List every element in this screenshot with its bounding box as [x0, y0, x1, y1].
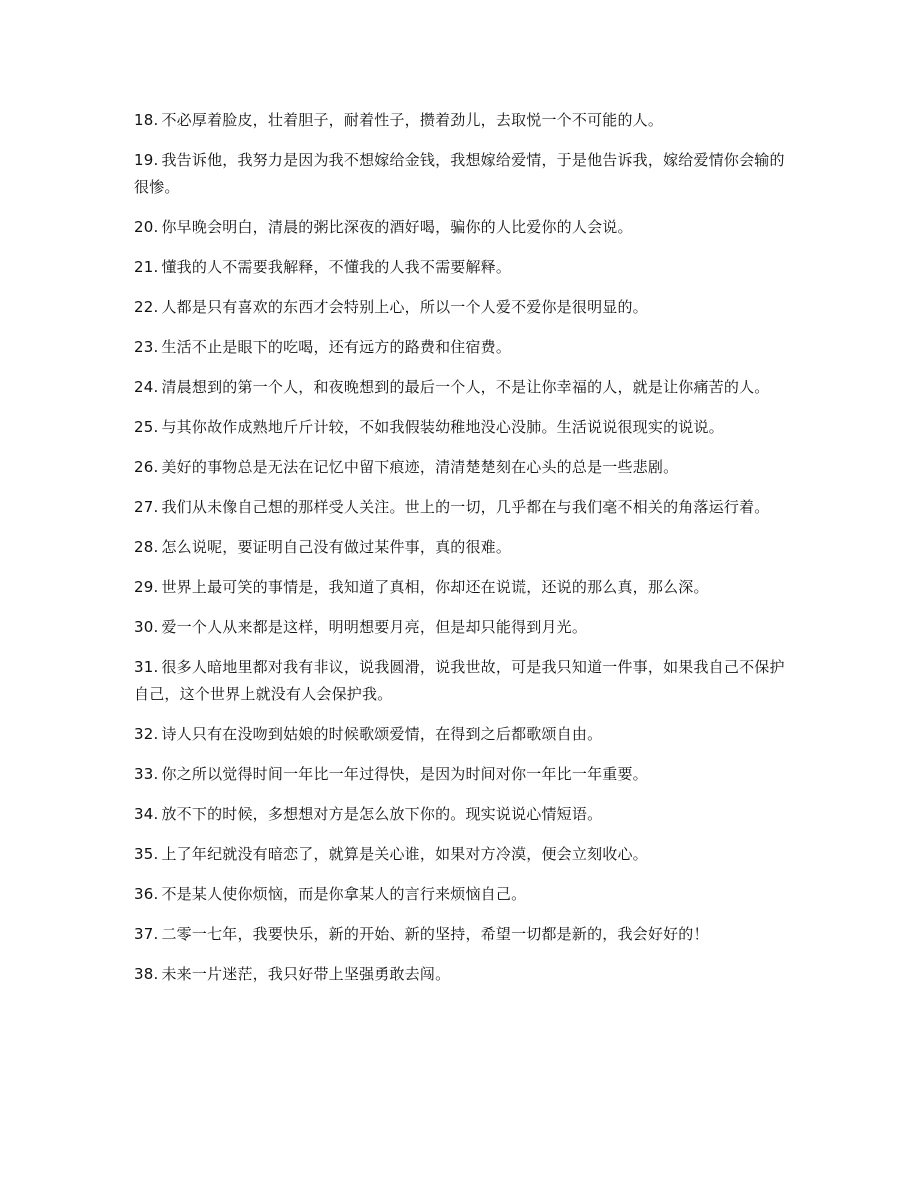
item-number: 22. — [134, 298, 158, 316]
item-number: 38. — [134, 965, 158, 983]
item-text: 生活不止是眼下的吃喝，还有远方的路费和住宿费。 — [161, 338, 511, 356]
item-text: 诗人只有在没吻到姑娘的时候歌颂爱情，在得到之后都歌颂自由。 — [161, 725, 602, 743]
item-number: 35. — [134, 845, 158, 863]
item-text: 很多人暗地里都对我有非议，说我圆滑，说我世故，可是我只知道一件事，如果我自己不保… — [134, 658, 785, 703]
item-number: 23. — [134, 338, 158, 356]
item-text: 放不下的时候，多想想对方是怎么放下你的。现实说说心情短语。 — [161, 805, 602, 823]
quote-paragraph-33: 33.你之所以觉得时间一年比一年过得快，是因为时间对你一年比一年重要。 — [134, 761, 789, 788]
item-number: 19. — [134, 151, 158, 169]
item-number: 20. — [134, 218, 158, 236]
quote-paragraph-34: 34.放不下的时候，多想想对方是怎么放下你的。现实说说心情短语。 — [134, 801, 789, 828]
quote-paragraph-37: 37.二零一七年，我要快乐，新的开始、新的坚持，希望一切都是新的，我会好好的！ — [134, 921, 789, 948]
item-text: 你早晚会明白，清晨的粥比深夜的酒好喝，骗你的人比爱你的人会说。 — [161, 218, 632, 236]
item-text: 二零一七年，我要快乐，新的开始、新的坚持，希望一切都是新的，我会好好的！ — [161, 925, 708, 943]
document-body: 18.不必厚着脸皮，壮着胆子，耐着性子，攒着劲儿，去取悦一个不可能的人。 19.… — [134, 107, 789, 1001]
quote-paragraph-30: 30.爱一个人从来都是这样，明明想要月亮，但是却只能得到月光。 — [134, 614, 789, 641]
item-text: 不必厚着脸皮，壮着胆子，耐着性子，攒着劲儿，去取悦一个不可能的人。 — [161, 111, 663, 129]
quote-paragraph-35: 35.上了年纪就没有暗恋了，就算是关心谁，如果对方冷漠，便会立刻收心。 — [134, 841, 789, 868]
quote-paragraph-27: 27.我们从未像自己想的那样受人关注。世上的一切，几乎都在与我们毫不相关的角落运… — [134, 494, 789, 521]
item-number: 33. — [134, 765, 158, 783]
quote-paragraph-32: 32.诗人只有在没吻到姑娘的时候歌颂爱情，在得到之后都歌颂自由。 — [134, 721, 789, 748]
item-text: 怎么说呢，要证明自己没有做过某件事，真的很难。 — [161, 538, 511, 556]
item-text: 美好的事物总是无法在记忆中留下痕迹，清清楚楚刻在心头的总是一些悲剧。 — [161, 458, 678, 476]
item-text: 未来一片迷茫，我只好带上坚强勇敢去闯。 — [161, 965, 450, 983]
item-number: 18. — [134, 111, 158, 129]
quote-paragraph-36: 36.不是某人使你烦恼，而是你拿某人的言行来烦恼自己。 — [134, 881, 789, 908]
item-number: 25. — [134, 418, 158, 436]
item-text: 懂我的人不需要我解释，不懂我的人我不需要解释。 — [161, 258, 511, 276]
item-text: 与其你故作成熟地斤斤计较，不如我假装幼稚地没心没肺。生活说说很现实的说说。 — [161, 418, 723, 436]
quote-paragraph-18: 18.不必厚着脸皮，壮着胆子，耐着性子，攒着劲儿，去取悦一个不可能的人。 — [134, 107, 789, 134]
item-text: 爱一个人从来都是这样，明明想要月亮，但是却只能得到月光。 — [161, 618, 587, 636]
item-number: 29. — [134, 578, 158, 596]
quote-paragraph-31: 31.很多人暗地里都对我有非议，说我圆滑，说我世故，可是我只知道一件事，如果我自… — [134, 654, 789, 708]
quote-paragraph-24: 24.清晨想到的第一个人，和夜晚想到的最后一个人，不是让你幸福的人，就是让你痛苦… — [134, 374, 789, 401]
quote-paragraph-26: 26.美好的事物总是无法在记忆中留下痕迹，清清楚楚刻在心头的总是一些悲剧。 — [134, 454, 789, 481]
item-text: 你之所以觉得时间一年比一年过得快，是因为时间对你一年比一年重要。 — [161, 765, 647, 783]
item-number: 26. — [134, 458, 158, 476]
item-number: 34. — [134, 805, 158, 823]
quote-paragraph-28: 28.怎么说呢，要证明自己没有做过某件事，真的很难。 — [134, 534, 789, 561]
quote-paragraph-21: 21.懂我的人不需要我解释，不懂我的人我不需要解释。 — [134, 254, 789, 281]
quote-paragraph-29: 29.世界上最可笑的事情是，我知道了真相，你却还在说谎，还说的那么真，那么深。 — [134, 574, 789, 601]
quote-paragraph-23: 23.生活不止是眼下的吃喝，还有远方的路费和住宿费。 — [134, 334, 789, 361]
quote-paragraph-38: 38.未来一片迷茫，我只好带上坚强勇敢去闯。 — [134, 961, 789, 988]
item-number: 37. — [134, 925, 158, 943]
item-number: 27. — [134, 498, 158, 516]
item-number: 28. — [134, 538, 158, 556]
quote-paragraph-20: 20.你早晚会明白，清晨的粥比深夜的酒好喝，骗你的人比爱你的人会说。 — [134, 214, 789, 241]
item-number: 36. — [134, 885, 158, 903]
item-number: 31. — [134, 658, 158, 676]
item-number: 32. — [134, 725, 158, 743]
item-text: 清晨想到的第一个人，和夜晚想到的最后一个人，不是让你幸福的人，就是让你痛苦的人。 — [161, 378, 769, 396]
quote-paragraph-22: 22.人都是只有喜欢的东西才会特别上心，所以一个人爱不爱你是很明显的。 — [134, 294, 789, 321]
item-number: 24. — [134, 378, 158, 396]
item-text: 我告诉他，我努力是因为我不想嫁给金钱，我想嫁给爱情，于是他告诉我，嫁给爱情你会输… — [134, 151, 785, 196]
item-text: 人都是只有喜欢的东西才会特别上心，所以一个人爱不爱你是很明显的。 — [161, 298, 647, 316]
item-text: 世界上最可笑的事情是，我知道了真相，你却还在说谎，还说的那么真，那么深。 — [161, 578, 708, 596]
quote-paragraph-25: 25.与其你故作成熟地斤斤计较，不如我假装幼稚地没心没肺。生活说说很现实的说说。 — [134, 414, 789, 441]
item-number: 21. — [134, 258, 158, 276]
quote-paragraph-19: 19.我告诉他，我努力是因为我不想嫁给金钱，我想嫁给爱情，于是他告诉我，嫁给爱情… — [134, 147, 789, 201]
item-text: 上了年纪就没有暗恋了，就算是关心谁，如果对方冷漠，便会立刻收心。 — [161, 845, 647, 863]
item-text: 不是某人使你烦恼，而是你拿某人的言行来烦恼自己。 — [161, 885, 526, 903]
item-text: 我们从未像自己想的那样受人关注。世上的一切，几乎都在与我们毫不相关的角落运行着。 — [161, 498, 769, 516]
item-number: 30. — [134, 618, 158, 636]
